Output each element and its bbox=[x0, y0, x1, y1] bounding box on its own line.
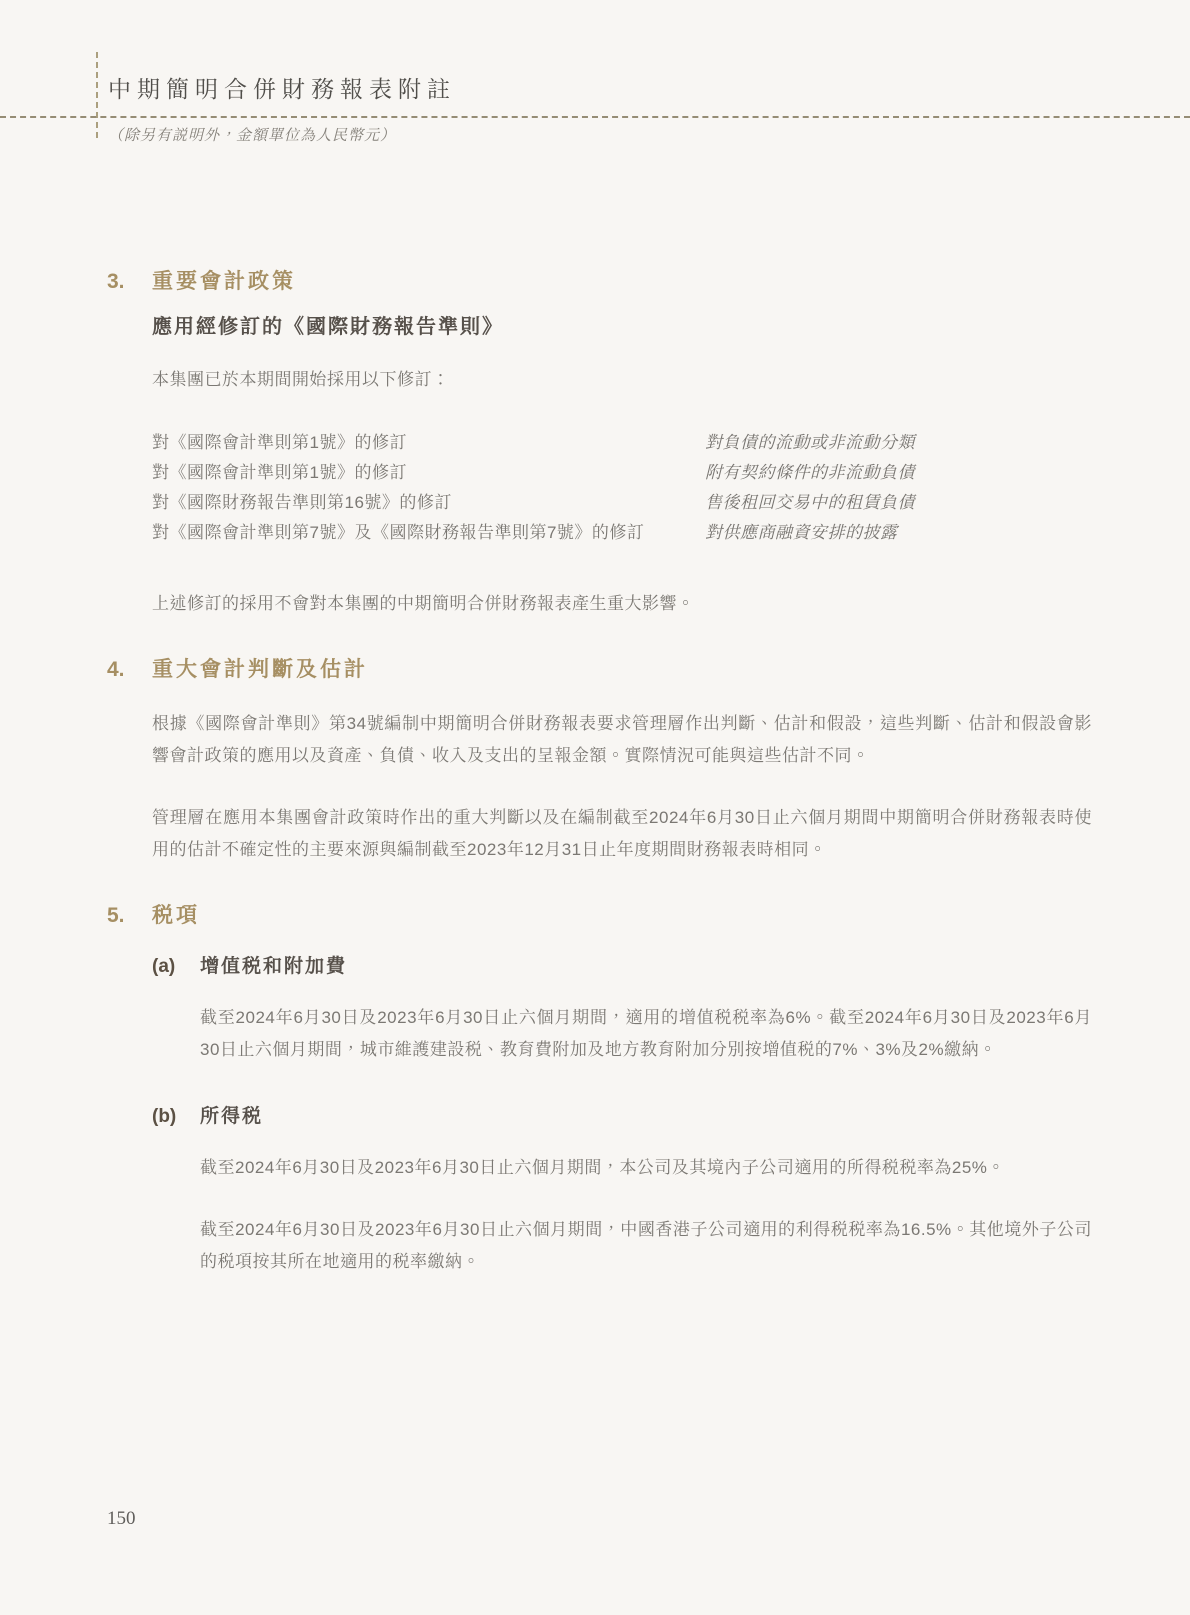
amendment-row: 對《國際會計準則第1號》的修訂 附有契約條件的非流動負債 bbox=[152, 458, 1092, 488]
subsection-heading-ifrs-amendments: 應用經修訂的《國際財務報告準則》 bbox=[152, 314, 1092, 340]
section-accounting-policies: 3. 重要會計政策 應用經修訂的《國際財務報告準則》 本集團已於本期間開始採用以… bbox=[107, 268, 1092, 620]
page-number: 150 bbox=[107, 1508, 136, 1530]
header-vertical-dashed-rule bbox=[96, 52, 98, 138]
body-paragraph: 截至2024年6月30日及2023年6月30日止六個月期間，適用的增值税税率為6… bbox=[200, 1002, 1092, 1066]
intro-paragraph: 本集團已於本期間開始採用以下修訂： bbox=[152, 364, 1092, 396]
body-paragraph: 截至2024年6月30日及2023年6月30日止六個月期間，中國香港子公司適用的… bbox=[200, 1214, 1092, 1278]
closing-paragraph: 上述修訂的採用不會對本集團的中期簡明合併財務報表產生重大影響。 bbox=[152, 588, 1092, 620]
amendment-standard: 對《國際會計準則第1號》的修訂 bbox=[152, 428, 705, 458]
header-horizontal-dashed-rule bbox=[0, 116, 1190, 118]
amendment-standard: 對《國際財務報告準則第16號》的修訂 bbox=[152, 488, 705, 518]
subsection-vat-surcharges: (a) 增值税和附加費 截至2024年6月30日及2023年6月30日止六個月期… bbox=[152, 954, 1092, 1066]
currency-note: （除另有説明外，金額單位為人民幣元） bbox=[108, 124, 396, 145]
amendment-subject: 附有契約條件的非流動負債 bbox=[705, 458, 1092, 488]
section-title: 重大會計判斷及估計 bbox=[152, 656, 1092, 684]
body-paragraph: 截至2024年6月30日及2023年6月30日止六個月期間，本公司及其境內子公司… bbox=[200, 1152, 1092, 1184]
amendment-subject: 對負債的流動或非流動分類 bbox=[705, 428, 1092, 458]
section-title: 税項 bbox=[152, 902, 1092, 930]
amendment-row: 對《國際會計準則第7號》及《國際財務報告準則第7號》的修訂 對供應商融資安排的披… bbox=[152, 518, 1092, 548]
section-title: 重要會計政策 bbox=[152, 268, 1092, 296]
section-number: 4. bbox=[107, 656, 152, 866]
body-paragraph: 根據《國際會計準則》第34號編制中期簡明合併財務報表要求管理層作出判斷、估計和假… bbox=[152, 708, 1092, 772]
subsection-label: (a) bbox=[152, 954, 200, 1066]
section-number: 5. bbox=[107, 902, 152, 1278]
amendment-row: 對《國際財務報告準則第16號》的修訂 售後租回交易中的租賃負債 bbox=[152, 488, 1092, 518]
subsection-title: 增值税和附加費 bbox=[200, 954, 1092, 980]
amendment-subject: 對供應商融資安排的披露 bbox=[705, 518, 1092, 548]
amendment-standard: 對《國際會計準則第1號》的修訂 bbox=[152, 458, 705, 488]
page-title: 中期簡明合併財務報表附註 bbox=[108, 71, 456, 104]
subsection-title: 所得税 bbox=[200, 1104, 1092, 1130]
amendment-subject: 售後租回交易中的租賃負債 bbox=[705, 488, 1092, 518]
page-content: 3. 重要會計政策 應用經修訂的《國際財務報告準則》 本集團已於本期間開始採用以… bbox=[107, 268, 1092, 1278]
amendment-row: 對《國際會計準則第1號》的修訂 對負債的流動或非流動分類 bbox=[152, 428, 1092, 458]
body-paragraph: 管理層在應用本集團會計政策時作出的重大判斷以及在編制截至2024年6月30日止六… bbox=[152, 802, 1092, 866]
section-taxation: 5. 税項 (a) 增值税和附加費 截至2024年6月30日及2023年6月30… bbox=[107, 902, 1092, 1278]
amendment-standard: 對《國際會計準則第7號》及《國際財務報告準則第7號》的修訂 bbox=[152, 518, 705, 548]
section-number: 3. bbox=[107, 268, 152, 620]
section-judgements-estimates: 4. 重大會計判斷及估計 根據《國際會計準則》第34號編制中期簡明合併財務報表要… bbox=[107, 656, 1092, 866]
report-page: 中期簡明合併財務報表附註 （除另有説明外，金額單位為人民幣元） 3. 重要會計政… bbox=[0, 0, 1190, 1615]
amendments-list: 對《國際會計準則第1號》的修訂 對負債的流動或非流動分類 對《國際會計準則第1號… bbox=[152, 428, 1092, 548]
subsection-income-tax: (b) 所得税 截至2024年6月30日及2023年6月30日止六個月期間，本公… bbox=[152, 1104, 1092, 1278]
subsection-label: (b) bbox=[152, 1104, 200, 1278]
